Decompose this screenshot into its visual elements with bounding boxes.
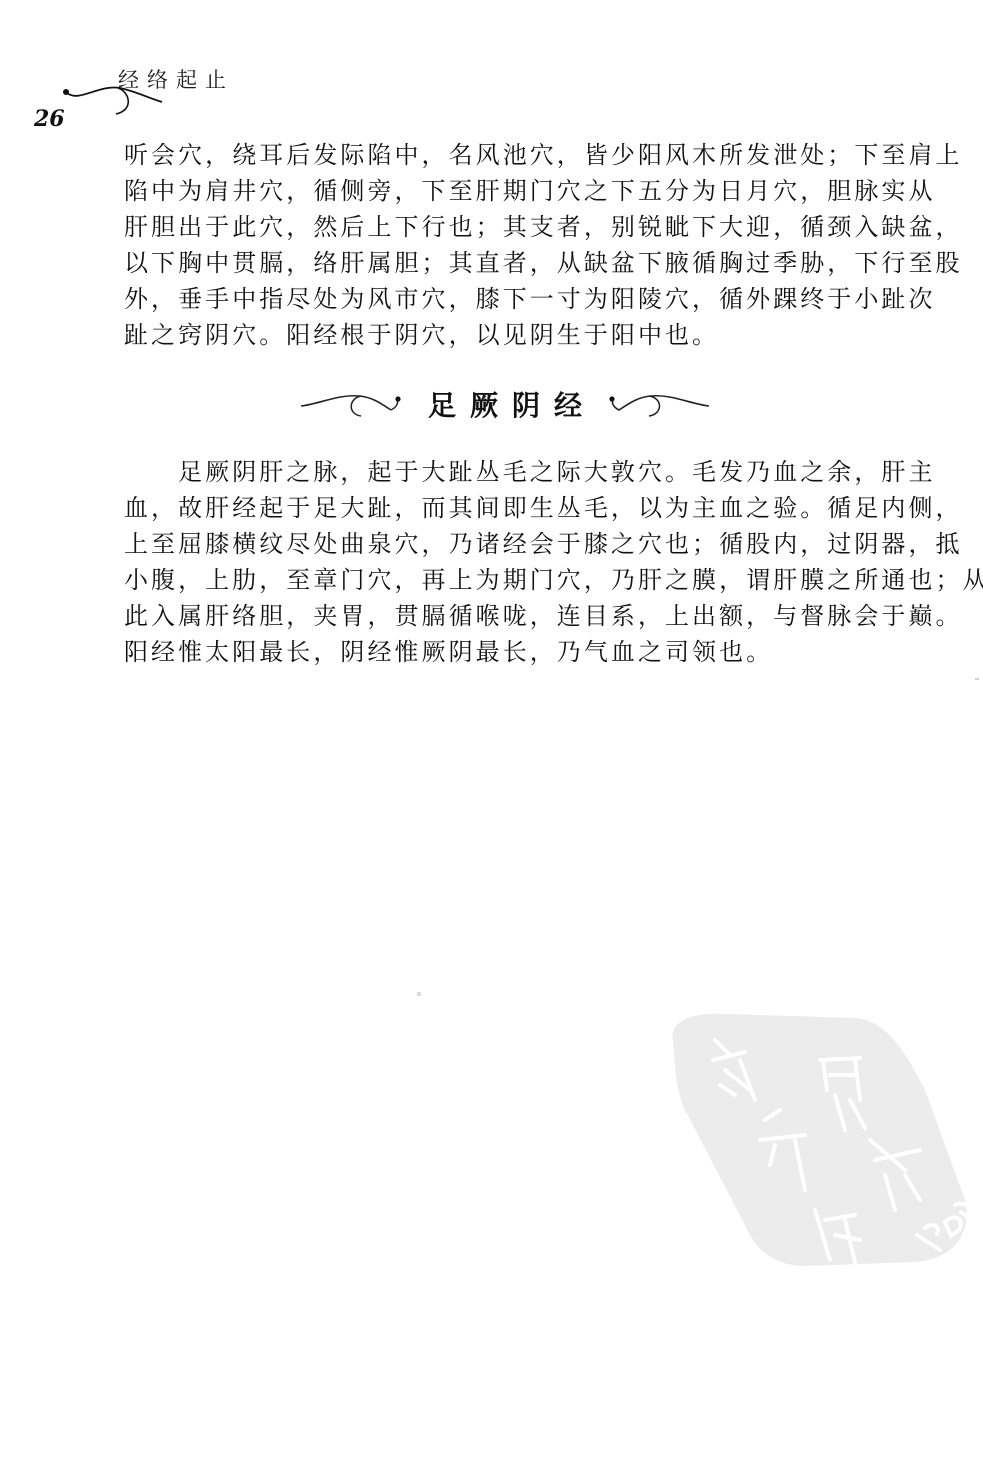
left-flourish-ornament-icon (299, 384, 404, 424)
flourish-ornament-icon (58, 80, 168, 120)
seal-watermark-icon (655, 1000, 975, 1270)
section-title: 足厥阴经 (428, 384, 596, 424)
text-line: 血，故肝经起于足大趾，而其间即生丛毛，以为主血之验。循足内侧， (124, 490, 894, 526)
scan-edge-mark (975, 678, 979, 680)
text-line: 上至屈膝横纹尽处曲泉穴，乃诸经会于膝之穴也；循股内，过阴器，抵 (124, 526, 894, 562)
text-line: 小腹，上肋，至章门穴，再上为期门穴，乃肝之膜，谓肝膜之所通也；从 (124, 562, 894, 598)
paragraph-zu-jueyin: 足厥阴肝之脉，起于大趾丛毛之际大敦穴。毛发乃血之余，肝主 血，故肝经起于足大趾，… (124, 454, 894, 670)
scan-speck (417, 992, 421, 996)
section-heading: 足厥阴经 (290, 376, 720, 432)
text-line: 此入属肝络胆，夹胃，贯膈循喉咙，连目系，上出额，与督脉会于巅。 (124, 598, 894, 634)
text-line: 外，垂手中指尽处为风市穴，膝下一寸为阳陵穴，循外踝终于小趾次 (124, 281, 894, 317)
text-line: 足厥阴肝之脉，起于大趾丛毛之际大敦穴。毛发乃血之余，肝主 (124, 454, 894, 490)
page-number: 26 (34, 106, 65, 132)
text-line: 听会穴，绕耳后发际陷中，名风池穴，皆少阳风木所发泄处；下至肩上 (124, 137, 894, 173)
right-flourish-ornament-icon (606, 384, 711, 424)
text-line: 趾之窍阴穴。阳经根于阴穴，以见阴生于阳中也。 (124, 317, 894, 353)
text-line: 肝胆出于此穴，然后上下行也；其支者，别锐眦下大迎，循颈入缺盆， (124, 209, 894, 245)
paragraph-continued: 听会穴，绕耳后发际陷中，名风池穴，皆少阳风木所发泄处；下至肩上 陷中为肩井穴，循… (124, 137, 894, 353)
text-line: 以下胸中贯膈，络肝属胆；其直者，从缺盆下腋循胸过季胁，下行至股 (124, 245, 894, 281)
text-line: 陷中为肩井穴，循侧旁，下至肝期门穴之下五分为日月穴，胆脉实从 (124, 173, 894, 209)
text-line: 阳经惟太阳最长，阴经惟厥阴最长，乃气血之司领也。 (124, 634, 894, 670)
